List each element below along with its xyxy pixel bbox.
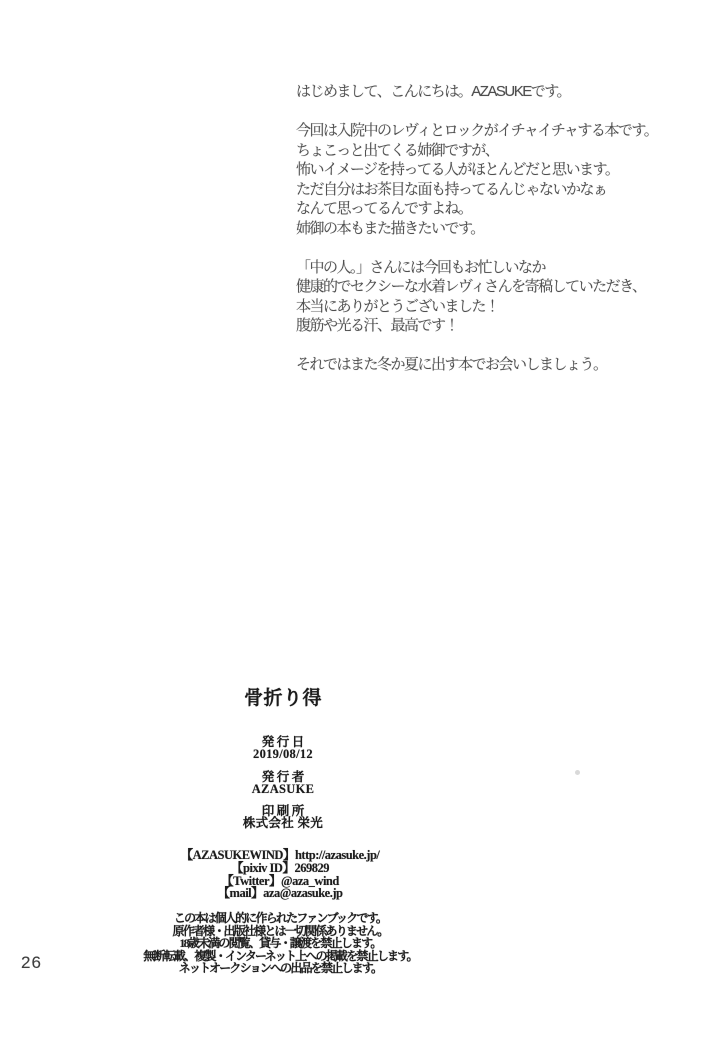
afterword-line: 怖いイメージを持ってる人がほとんどだと思います。 [296, 160, 696, 180]
page-number: 26 [21, 954, 42, 972]
afterword-line: ただ自分はお茶目な面も持ってるんじゃないかなぁ [296, 180, 696, 200]
contact-list: 【AZASUKEWIND】http://azasuke.jp/ 【pixiv I… [0, 849, 560, 900]
book-title: 骨折り得 [0, 688, 566, 710]
disclaimer-line: この本は個人的に作られたファンブックです。 [0, 912, 560, 925]
colophon-entry-value: 株式会社 栄光 [0, 817, 566, 829]
disclaimer-line: ネットオークションへの出品を禁止します。 [0, 962, 560, 975]
afterword-line: 今回は入院中のレヴィとロックがイチャイチャする本です。 [296, 121, 696, 141]
colophon-entry-printer: 印刷所 株式会社 栄光 [0, 805, 566, 829]
contact-website: 【AZASUKEWIND】http://azasuke.jp/ [0, 849, 560, 862]
disclaimer-line: 18歳未満の閲覧、貸与・譲渡を禁止します。 [0, 937, 560, 950]
colophon-entry-value: AZASUKE [0, 783, 566, 795]
afterword-paragraph-farewell: それではまた冬か夏に出す本でお会いしましょう。 [296, 355, 696, 375]
contact-mail: 【mail】aza@azasuke.jp [0, 887, 560, 900]
colophon-entry-label: 発行者 [0, 771, 566, 783]
colophon-entry-value: 2019/08/12 [0, 748, 566, 760]
afterword-paragraph-thanks: 「中の人。」さんには今回もお忙しいなか 健康的でセクシーな水着レヴィさんを寄稿し… [296, 258, 696, 336]
afterword-line: はじめまして、こんにちは。AZASUKEです。 [296, 82, 696, 102]
contact-pixiv: 【pixiv ID】269829 [0, 862, 560, 875]
afterword-line: 腹筋や光る汗、最高です！ [296, 316, 696, 336]
afterword-line: それではまた冬か夏に出す本でお会いしましょう。 [296, 355, 696, 375]
disclaimer: この本は個人的に作られたファンブックです。 原作者様・出版社様とは一切関係ありま… [0, 912, 560, 975]
colophon-entry-publication-date: 発行日 2019/08/12 [0, 736, 566, 760]
afterword-line: ちょこっと出てくる姉御ですが、 [296, 141, 696, 161]
scan-artifact-speck [575, 770, 580, 775]
afterword-line: なんて思ってるんですよね。 [296, 199, 696, 219]
afterword-paragraph-greeting: はじめまして、こんにちは。AZASUKEです。 [296, 82, 696, 102]
afterword-line: 「中の人。」さんには今回もお忙しいなか [296, 258, 696, 278]
afterword-text: はじめまして、こんにちは。AZASUKEです。 今回は入院中のレヴィとロックがイ… [296, 82, 696, 394]
colophon: 骨折り得 発行日 2019/08/12 発行者 AZASUKE 印刷所 株式会社… [0, 688, 566, 829]
afterword-paragraph-book-intro: 今回は入院中のレヴィとロックがイチャイチャする本です。 ちょこっと出てくる姉御で… [296, 121, 696, 238]
scanned-page: はじめまして、こんにちは。AZASUKEです。 今回は入院中のレヴィとロックがイ… [0, 0, 723, 1050]
afterword-line: 姉御の本もまた描きたいです。 [296, 219, 696, 239]
afterword-line: 本当にありがとうございました！ [296, 297, 696, 317]
colophon-entry-publisher: 発行者 AZASUKE [0, 771, 566, 795]
afterword-line: 健康的でセクシーな水着レヴィさんを寄稿していただき、 [296, 277, 696, 297]
